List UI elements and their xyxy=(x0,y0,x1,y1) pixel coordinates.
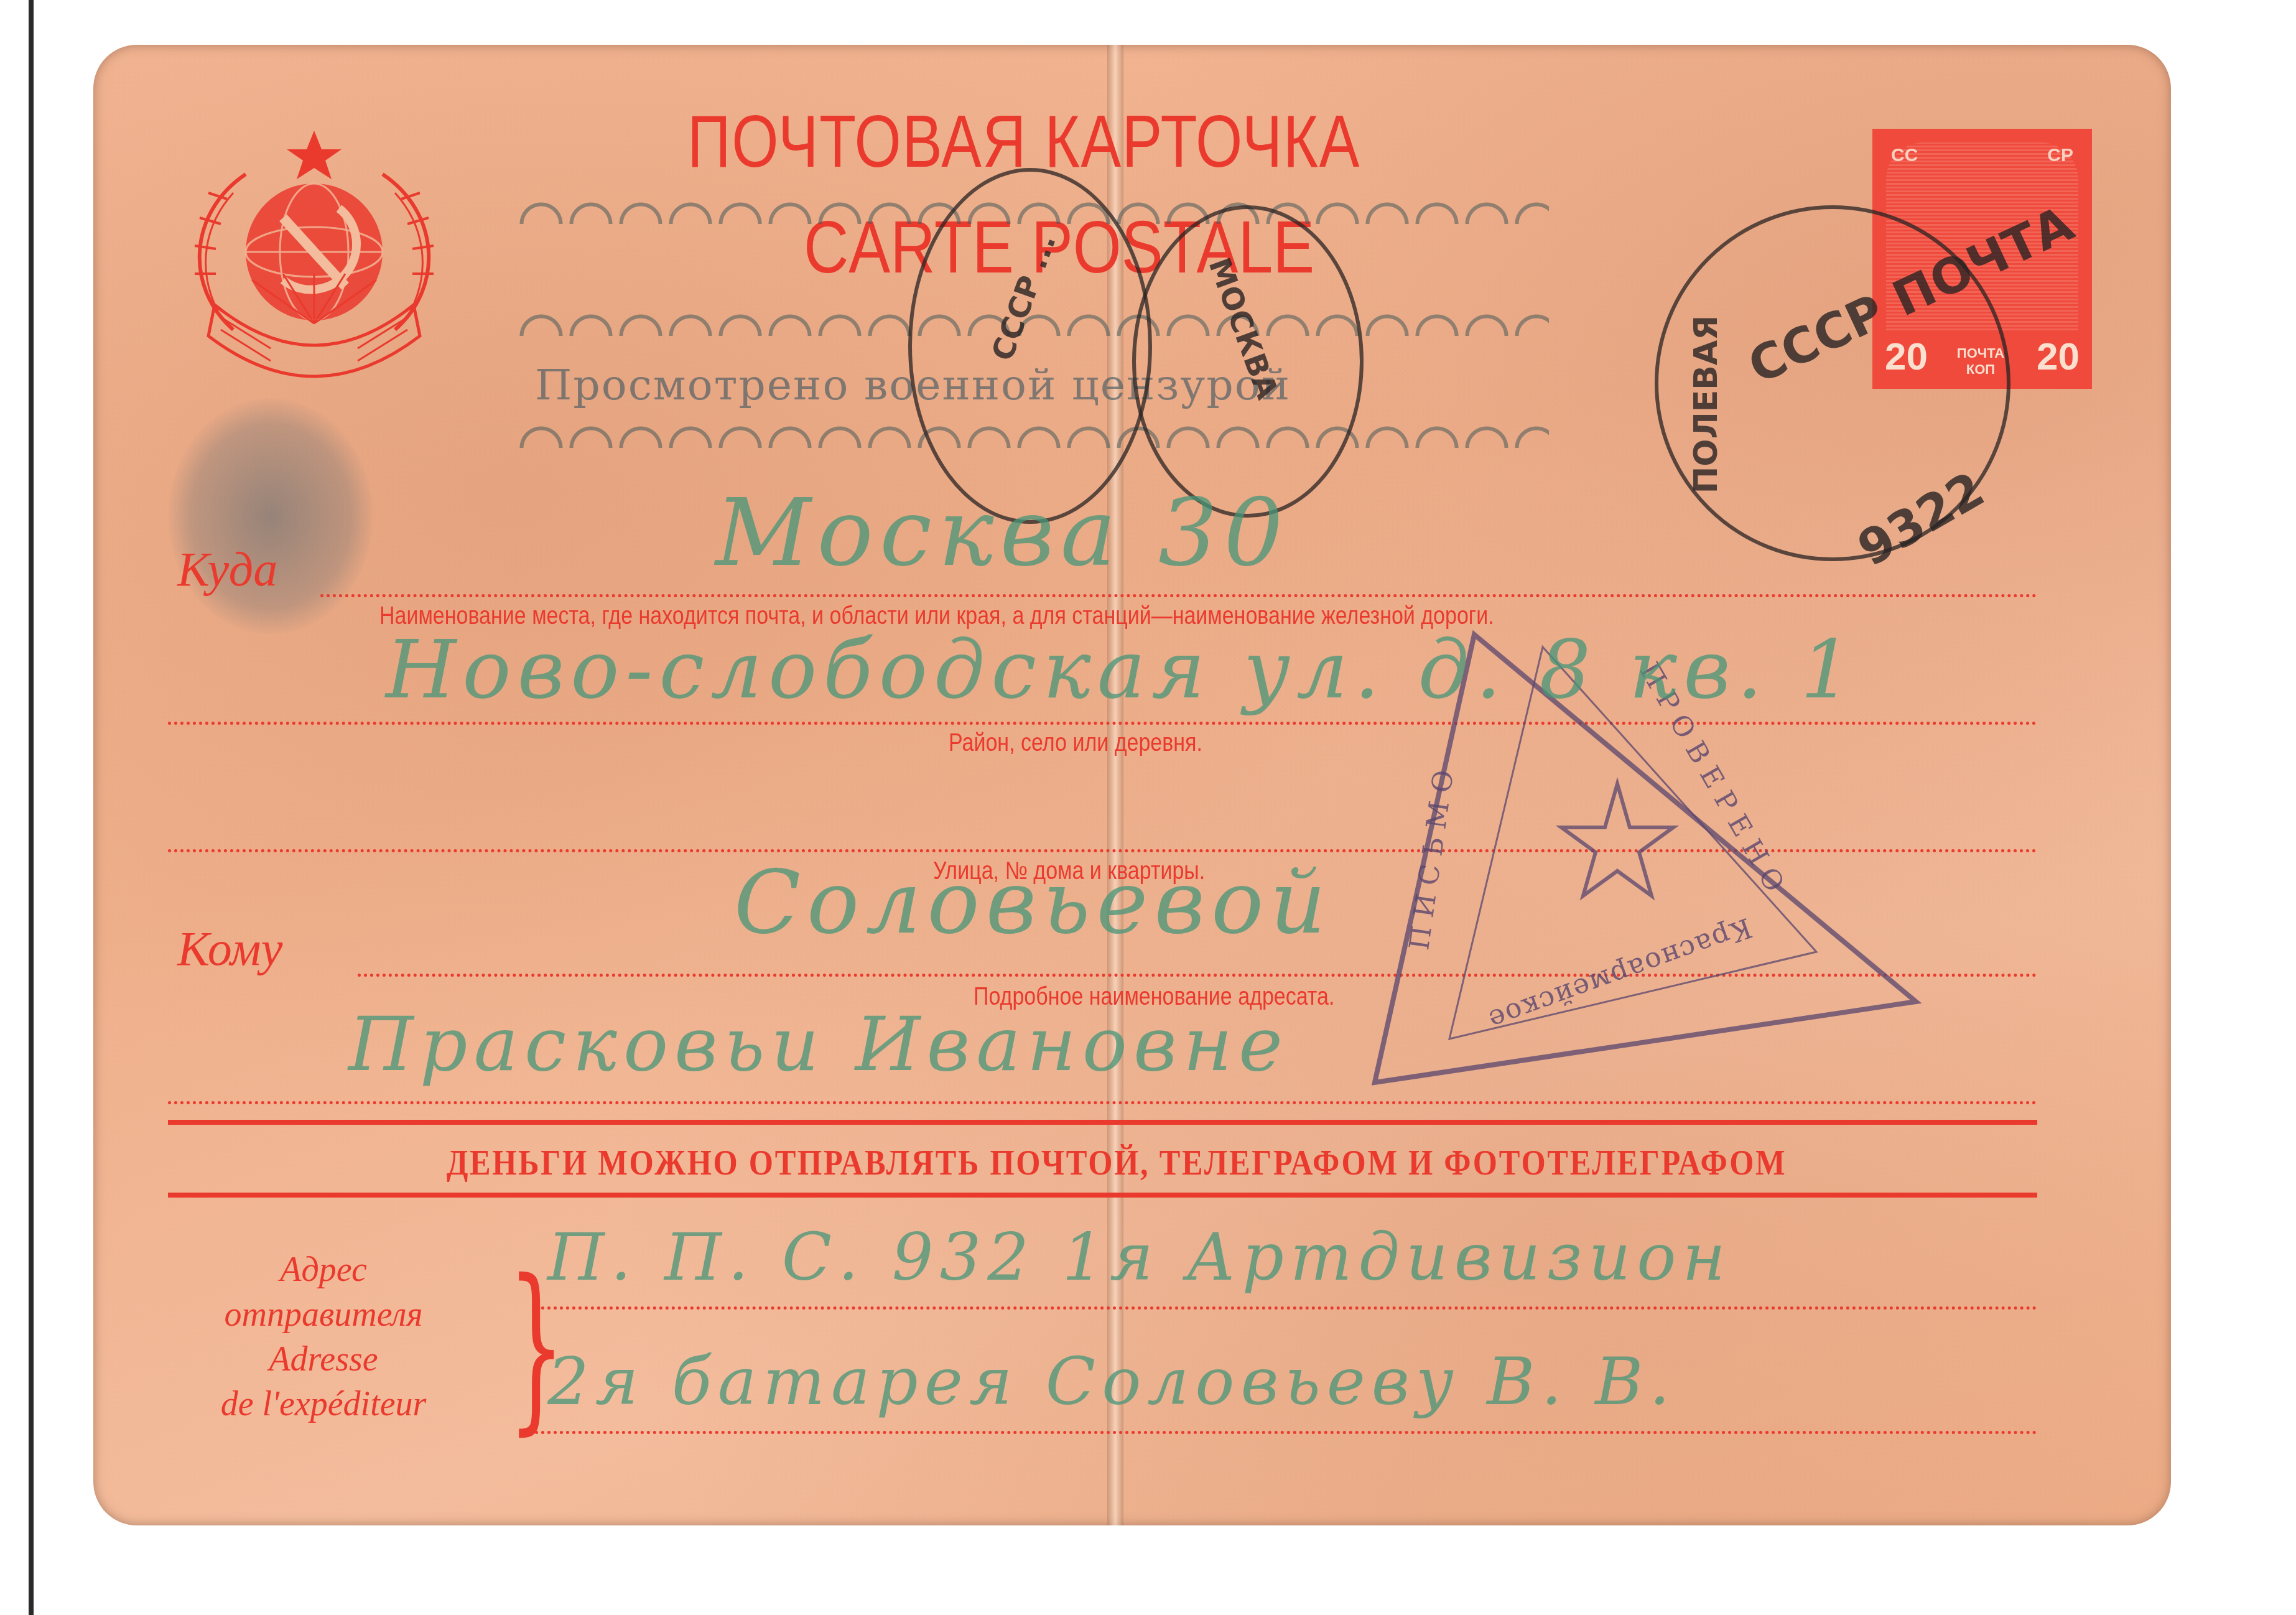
sender-line-1[interactable] xyxy=(535,1306,2037,1310)
money-transfer-banner: ДЕНЬГИ МОЖНО ОТПРАВЛЯТЬ ПОЧТОЙ, ТЕЛЕГРАФ… xyxy=(305,1143,1928,1183)
banner-rule-bottom xyxy=(168,1193,2037,1198)
sender-label-fr-1: Adresse xyxy=(168,1337,479,1382)
handwritten-surname: Соловьевой xyxy=(734,852,1332,954)
scan-border-line xyxy=(29,0,34,1615)
sender-line-2[interactable] xyxy=(535,1431,2037,1434)
handwritten-street: Ново-слободская ул. д. 8 кв. 1 xyxy=(386,622,1858,717)
sender-label-ru-1: Адрес xyxy=(168,1247,479,1292)
stamp-denomination-right: 20 xyxy=(2037,335,2080,379)
handwritten-sender-1: П. П. С. 932 1я Артдивизион xyxy=(547,1219,1732,1295)
ink-smudge xyxy=(168,398,373,635)
sender-label-fr-2: de l'expéditeur xyxy=(168,1382,479,1427)
star-icon xyxy=(1561,784,1673,896)
sender-address-label: Адрес отправителя Adresse de l'expéditeu… xyxy=(168,1247,479,1427)
addressee-line-2[interactable] xyxy=(168,1101,2037,1104)
stamp-corner-left: СС xyxy=(1891,145,1918,166)
field-postmark-side-text: ПОЛЕВАЯ xyxy=(1688,315,1725,493)
banner-rule-top xyxy=(168,1120,2037,1125)
round-postmark-1 xyxy=(908,168,1152,524)
handwritten-sender-2: 2я батарея Соловьеву В. В. xyxy=(547,1344,1676,1420)
ussr-coat-of-arms-icon xyxy=(159,124,470,417)
to-where-label: Куда xyxy=(177,541,277,597)
stamp-corner-right: СР xyxy=(2047,145,2073,166)
district-hint: Район, село или деревня. xyxy=(949,729,1202,757)
handwritten-city: Москва 30 xyxy=(715,479,1290,587)
to-whom-label: Кому xyxy=(177,921,282,977)
address-line-1[interactable] xyxy=(320,594,2037,597)
sender-label-ru-2: отправителя xyxy=(168,1292,479,1337)
handwritten-name: Прасковьи Ивановне xyxy=(348,1002,1289,1088)
